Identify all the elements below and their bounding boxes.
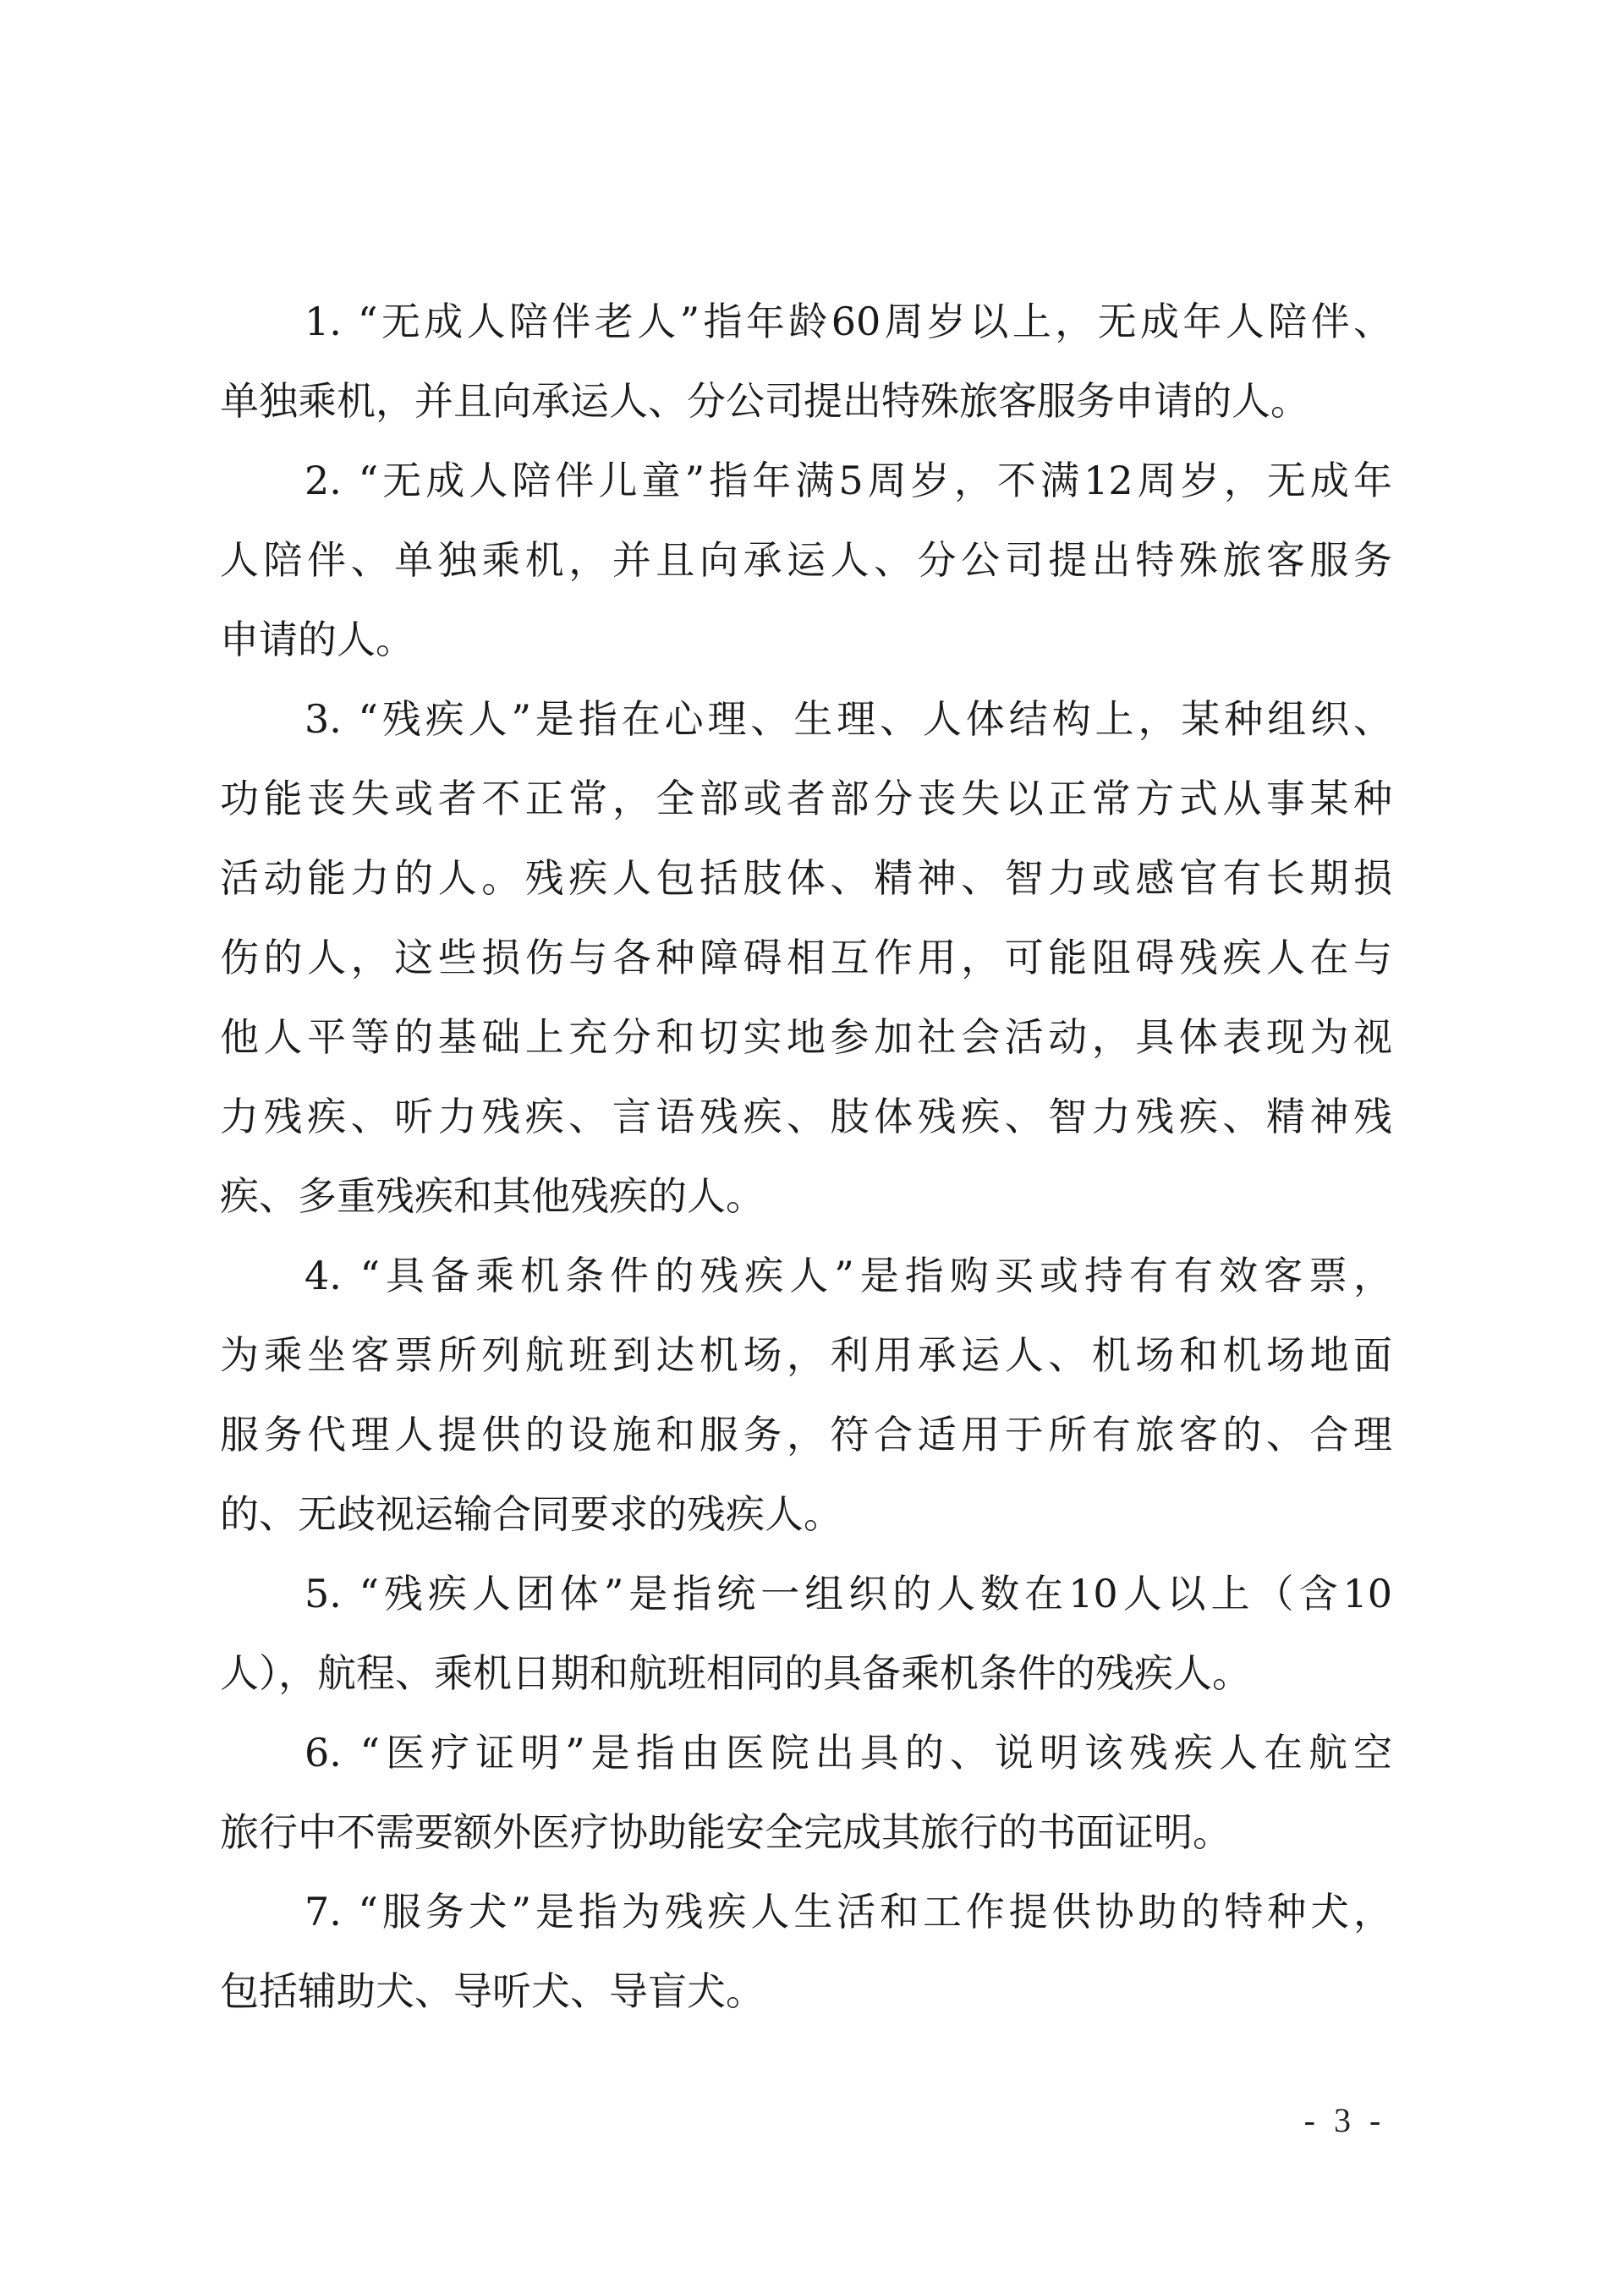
definition-paragraph-5: 5. “残疾人团体”是指统一组织的人数在10人以上（含10 人），航程、乘机日期… xyxy=(220,1554,1392,1713)
text-line: 为乘坐客票所列航班到达机场，利用承运人、机场和机场地面 xyxy=(220,1315,1392,1395)
text-line: 3. “残疾人”是指在心理、生理、人体结构上，某种组织、 xyxy=(220,679,1392,759)
text-line: 5. “残疾人团体”是指统一组织的人数在10人以上（含10 xyxy=(220,1554,1392,1633)
text-line: 他人平等的基础上充分和切实地参加社会活动，具体表现为视 xyxy=(220,997,1392,1077)
text-line: 服务代理人提供的设施和服务，符合适用于所有旅客的、合理 xyxy=(220,1395,1392,1474)
text-line: 4. “具备乘机条件的残疾人”是指购买或持有有效客票， xyxy=(220,1236,1392,1315)
text-line: 单独乘机，并且向承运人、分公司提出特殊旅客服务申请的人。 xyxy=(220,361,1392,441)
text-line: 功能丧失或者不正常，全部或者部分丧失以正常方式从事某种 xyxy=(220,759,1392,838)
text-line: 1. “无成人陪伴老人”指年龄60周岁以上，无成年人陪伴、 xyxy=(220,282,1392,361)
document-body: 1. “无成人陪伴老人”指年龄60周岁以上，无成年人陪伴、 单独乘机，并且向承运… xyxy=(220,282,1392,2031)
text-line: 疾、多重残疾和其他残疾的人。 xyxy=(220,1156,1392,1236)
text-line: 申请的人。 xyxy=(220,600,1392,679)
page-number: - 3 - xyxy=(1290,2099,1400,2142)
definition-paragraph-7: 7. “服务犬”是指为残疾人生活和工作提供协助的特种犬， 包括辅助犬、导听犬、导… xyxy=(220,1872,1392,2031)
definition-paragraph-1: 1. “无成人陪伴老人”指年龄60周岁以上，无成年人陪伴、 单独乘机，并且向承运… xyxy=(220,282,1392,441)
text-line: 2. “无成人陪伴儿童”指年满5周岁，不满12周岁，无成年 xyxy=(220,441,1392,520)
text-line: 人），航程、乘机日期和航班相同的具备乘机条件的残疾人。 xyxy=(220,1633,1392,1713)
text-line: 7. “服务犬”是指为残疾人生活和工作提供协助的特种犬， xyxy=(220,1872,1392,1951)
text-line: 力残疾、听力残疾、言语残疾、肢体残疾、智力残疾、精神残 xyxy=(220,1077,1392,1156)
definition-paragraph-4: 4. “具备乘机条件的残疾人”是指购买或持有有效客票， 为乘坐客票所列航班到达机… xyxy=(220,1236,1392,1554)
text-line: 旅行中不需要额外医疗协助能安全完成其旅行的书面证明。 xyxy=(220,1792,1392,1872)
text-line: 6. “医疗证明”是指由医院出具的、说明该残疾人在航空 xyxy=(220,1713,1392,1792)
text-line: 伤的人，这些损伤与各种障碍相互作用，可能阻碍残疾人在与 xyxy=(220,918,1392,997)
text-line: 活动能力的人。残疾人包括肢体、精神、智力或感官有长期损 xyxy=(220,838,1392,918)
document-page: 1. “无成人陪伴老人”指年龄60周岁以上，无成年人陪伴、 单独乘机，并且向承运… xyxy=(0,0,1624,2294)
definition-paragraph-6: 6. “医疗证明”是指由医院出具的、说明该残疾人在航空 旅行中不需要额外医疗协助… xyxy=(220,1713,1392,1872)
definition-paragraph-2: 2. “无成人陪伴儿童”指年满5周岁，不满12周岁，无成年 人陪伴、单独乘机，并… xyxy=(220,441,1392,679)
definition-paragraph-3: 3. “残疾人”是指在心理、生理、人体结构上，某种组织、 功能丧失或者不正常，全… xyxy=(220,679,1392,1236)
text-line: 人陪伴、单独乘机，并且向承运人、分公司提出特殊旅客服务 xyxy=(220,520,1392,600)
text-line: 的、无歧视运输合同要求的残疾人。 xyxy=(220,1474,1392,1554)
text-line: 包括辅助犬、导听犬、导盲犬。 xyxy=(220,1951,1392,2031)
